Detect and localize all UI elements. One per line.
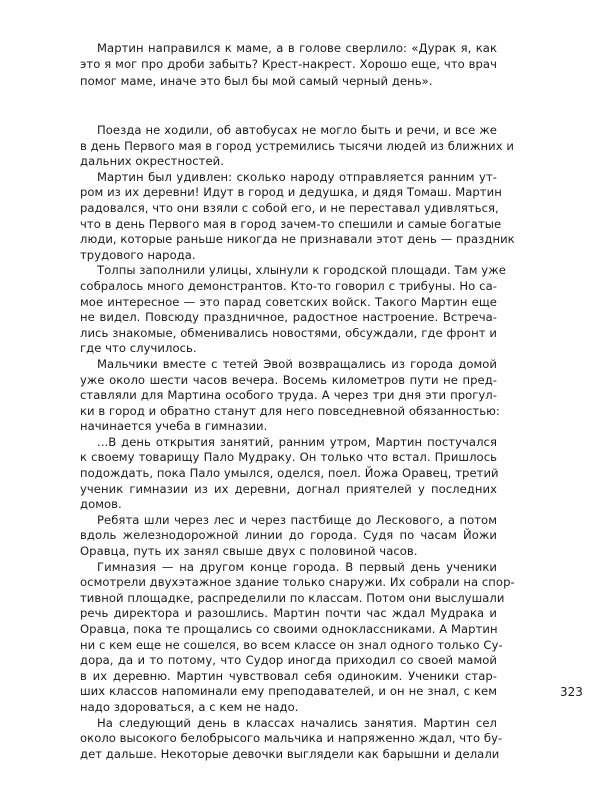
text-line: дальних окрестностей. [80,154,497,170]
text-line: Толпы заполнили улицы, хлынули к городск… [80,263,497,279]
text-line: речь директора и разошлись. Мартин почти… [80,606,497,622]
text-line: это я мог про дроби забыть? Крест-накрес… [80,56,497,72]
text-line: трудового народа. [80,248,497,264]
text-line: в день Первого мая в город устремились т… [80,139,497,155]
text-line: ученик гимназии из их деревни, догнал пр… [80,482,497,498]
text-line: ни с кем еще не сошелся, во всем классе … [80,638,497,654]
text-line: начинается учеба в гимназии. [80,419,497,435]
text-line: ром из их деревни! Идут в город и дедушк… [80,185,497,201]
text-line: надо здороваться, а с кем не надо. [80,700,497,716]
text-line: Мальчики вместе с тетей Эвой возвращалис… [80,357,497,373]
text-line: ки в город и обратно станут для него пов… [80,404,497,420]
text-line: осмотрели двухэтажное здание только снар… [80,575,497,591]
text-line: дора, да и то потому, что Судор иногда п… [80,653,497,669]
paragraph-block-top: Мартин направился к маме, а в голове све… [80,40,497,89]
text-line: ших классов напоминали ему преподавателе… [80,684,497,700]
text-line: где что случилось. [80,341,497,357]
text-line: лись знакомые, обменивались новостями, о… [80,326,497,342]
text-line: вдоль железнодорожной линии до города. С… [80,528,497,544]
text-line: не видел. Повсюду праздничное, радостное… [80,310,497,326]
text-line: подождать, пока Пало умылся, оделся, пое… [80,466,497,482]
text-line: тивной площадке, распределили по классам… [80,591,497,607]
text-line: Поезда не ходили, об автобусах не могло … [80,123,497,139]
text-line: Мартин был удивлен: сколько народу отпра… [80,170,497,186]
text-line: ...В день открытия занятий, ранним утром… [80,435,497,451]
text-line: люди, которые раньше никогда не признава… [80,232,497,248]
text-line: радовался, что они взяли с собой его, и … [80,201,497,217]
text-line: Мартин направился к маме, а в голове све… [80,40,497,56]
text-line: ставляли для Мартина особого труда. А че… [80,388,497,404]
text-line: Гимназия — на другом конце города. В пер… [80,560,497,576]
paragraph-block-main: Поезда не ходили, об автобусах не могло … [80,123,497,762]
text-line: мое интересное — это парад советских вой… [80,295,497,311]
text-line: На следующий день в классах начались зан… [80,716,497,732]
text-line: домов. [80,497,497,513]
text-line: дет дальше. Некоторые девочки выглядели … [80,747,497,763]
text-line: что в день Первого мая в город зачем-то … [80,217,497,233]
text-line: помог маме, иначе это был бы мой самый ч… [80,73,497,89]
text-line: уже около шести часов вечера. Восемь кил… [80,373,497,389]
text-line: Оравца, путь их занял свыше двух с полов… [80,544,497,560]
text-line: собралось много демонстрантов. Кто-то го… [80,279,497,295]
text-line: около высокого белобрысого мальчика и на… [80,731,497,747]
page-number: 323 [560,684,583,700]
text-line: в их деревню. Мартин чувствовал себя оди… [80,669,497,685]
text-line: Оравца, пока те прощались со своими одно… [80,622,497,638]
text-line: к своему товарищу Пало Мудраку. Он тольк… [80,450,497,466]
text-line: Ребята шли через лес и через пастбище до… [80,513,497,529]
